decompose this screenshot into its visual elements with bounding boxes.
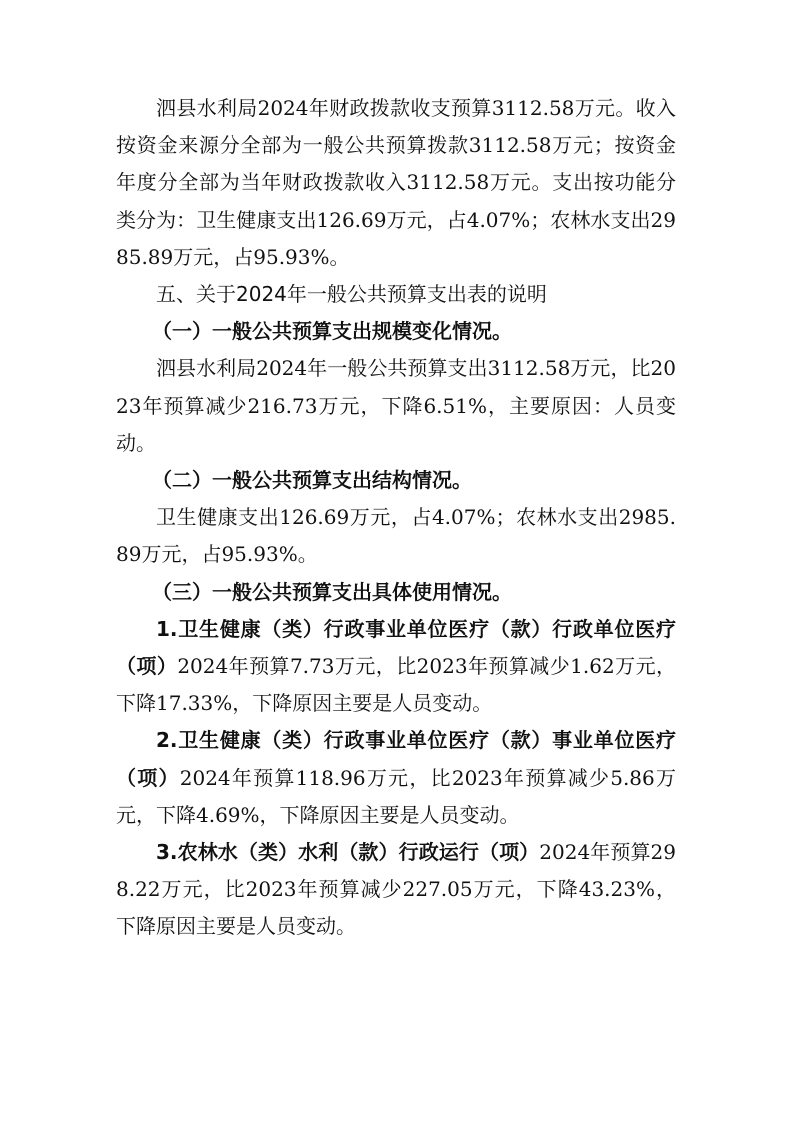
item-1: 1.卫生健康（类）行政事业单位医疗（款）行政单位医疗（项）2024年预算7.73… [116, 611, 676, 723]
item-2-body: 2024年预算118.96万元，比2023年预算减少5.86万元，下降4.69%… [116, 766, 676, 827]
document-page: 泗县水利局2024年财政拨款收支预算3112.58万元。收入按资金来源分全部为一… [116, 90, 676, 946]
subsection-1-heading: （一）一般公共预算支出规模变化情况。 [116, 313, 676, 350]
item-1-body: 2024年预算7.73万元，比2023年预算减少1.62万元，下降17.33%，… [116, 654, 676, 715]
section-5-heading: 五、关于2024年一般公共预算支出表的说明 [116, 276, 676, 313]
paragraph-budget-summary: 泗县水利局2024年财政拨款收支预算3112.58万元。收入按资金来源分全部为一… [116, 90, 676, 276]
subsection-2-heading: （二）一般公共预算支出结构情况。 [116, 462, 676, 499]
subsection-3-heading: （三）一般公共预算支出具体使用情况。 [116, 574, 676, 611]
item-3-title: 3.农林水（类）水利（款）行政运行（项） [156, 840, 539, 864]
subsection-2-body: 卫生健康支出126.69万元，占4.07%；农林水支出2985.89万元，占95… [116, 499, 676, 573]
item-2: 2.卫生健康（类）行政事业单位医疗（款）事业单位医疗（项）2024年预算118.… [116, 722, 676, 834]
item-3: 3.农林水（类）水利（款）行政运行（项）2024年预算298.22万元，比202… [116, 834, 676, 946]
subsection-1-body: 泗县水利局2024年一般公共预算支出3112.58万元，比2023年预算减少21… [116, 350, 676, 462]
